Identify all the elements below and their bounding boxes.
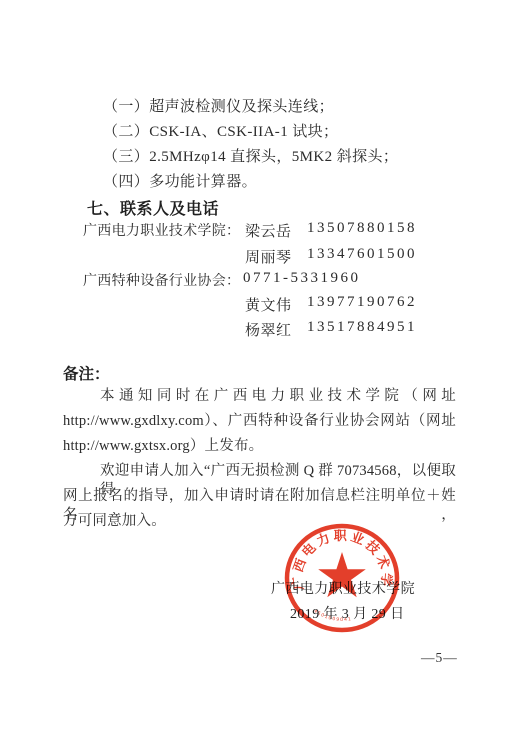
contact-phone: 13347601500 — [307, 246, 417, 263]
contact-row: 广西电力职业技术学院： 梁云岳 13507880158 — [83, 220, 463, 240]
contact-org: 广西特种设备行业协会： — [83, 270, 240, 290]
contact-name: 杨翠红 — [245, 319, 292, 340]
remark-line: 本通知同时在广西电力职业技术学院（网址 — [100, 387, 456, 406]
remark-line: http://www.gxdlxy.com）、广西特种设备行业协会网站（网址 — [63, 412, 456, 431]
equipment-item-1: （一）超声波检测仪及探头连线； — [103, 95, 334, 116]
contact-phone: 13977190762 — [307, 294, 417, 311]
seal-star-icon — [318, 552, 366, 597]
contact-name: 黄文伟 — [245, 294, 292, 315]
equipment-item-3: （三）2.5MHzφ14 直探头，5MK2 斜探头； — [103, 145, 398, 166]
contact-name: 周丽琴 — [245, 246, 292, 267]
contact-phone: 13517884951 — [307, 319, 417, 336]
official-seal: 广西电力职业技术学院 4501009041 — [282, 522, 402, 636]
section-heading: 七、联系人及电话 — [87, 196, 219, 219]
document-page: （一）超声波检测仪及探头连线； （二）CSK-IA、CSK-IIA-1 试块； … — [0, 0, 518, 733]
contact-row: 周丽琴 13347601500 — [83, 246, 463, 266]
contact-org: 广西电力职业技术学院： — [83, 220, 240, 240]
remark-line: http://www.gxtsx.org）上发布。 — [63, 437, 456, 456]
contact-name: 梁云岳 — [245, 220, 292, 241]
svg-text:4501009041: 4501009041 — [313, 608, 353, 623]
remark-label: 备注： — [63, 362, 110, 384]
equipment-item-2: （二）CSK-IA、CSK-IIA-1 试块； — [103, 120, 338, 141]
contact-row: 黄文伟 13977190762 — [83, 294, 463, 314]
contact-row: 广西特种设备行业协会： 0771-5331960 — [83, 270, 463, 290]
contact-phone: 0771-5331960 — [243, 270, 361, 287]
contact-row: 杨翠红 13517884951 — [83, 319, 463, 339]
equipment-item-4: （四）多功能计算器。 — [103, 170, 257, 191]
seal-serial: 4501009041 — [313, 608, 353, 623]
contact-phone: 13507880158 — [307, 220, 417, 237]
page-number: —5— — [421, 650, 458, 666]
